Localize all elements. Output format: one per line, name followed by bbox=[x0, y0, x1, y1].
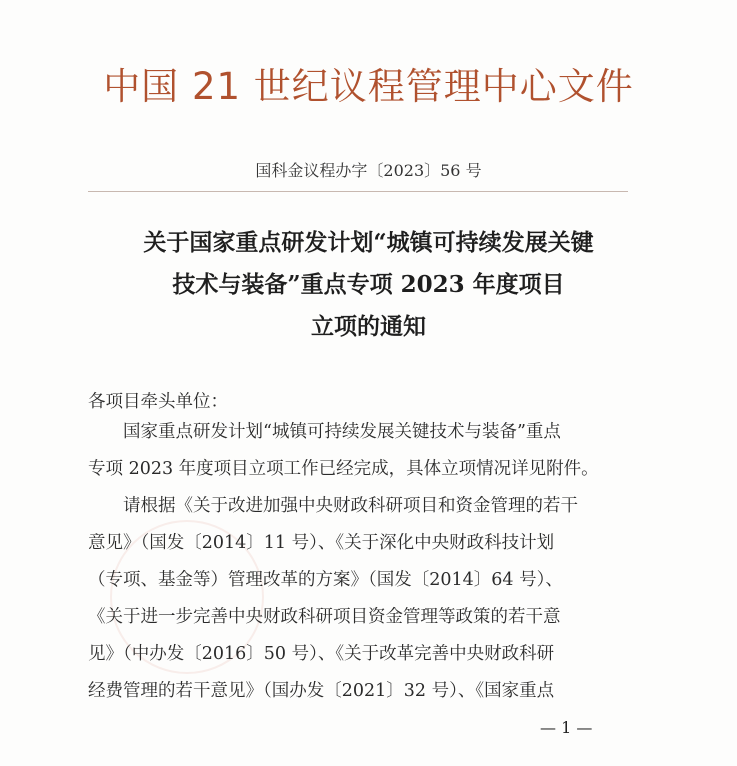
body-line-5: （专项、基金等）管理改革的方案》（国发〔2014〕64 号）、 bbox=[88, 566, 563, 591]
body-line-2: 专项 2023 年度项目立项工作已经完成，具体立项情况详见附件。 bbox=[88, 455, 599, 480]
body-line-6: 《关于进一步完善中央财政科研项目资金管理等政策的若干意 bbox=[88, 603, 561, 628]
header-divider bbox=[88, 191, 628, 192]
salutation: 各项目牵头单位： bbox=[88, 384, 628, 420]
document-number: 国科金议程办字〔2023〕56 号 bbox=[0, 158, 737, 181]
notice-title: 关于国家重点研发计划“城镇可持续发展关键 技术与装备”重点专项 2023 年度项… bbox=[0, 222, 737, 348]
body-line-7: 见》（中办发〔2016〕50 号）、《关于改革完善中央财政科研 bbox=[88, 640, 554, 665]
notice-title-line-3: 立项的通知 bbox=[0, 306, 737, 348]
body-line-4: 意见》（国发〔2014〕11 号）、《关于深化中央财政科技计划 bbox=[88, 529, 554, 554]
body-line-3: 请根据《关于改进加强中央财政科研项目和资金管理的若干 bbox=[88, 492, 578, 517]
notice-title-line-2: 技术与装备”重点专项 2023 年度项目 bbox=[0, 264, 737, 306]
body-line-8: 经费管理的若干意见》（国办发〔2021〕32 号）、《国家重点 bbox=[88, 677, 554, 702]
document-page: 中国 21 世纪议程管理中心文件 国科金议程办字〔2023〕56 号 关于国家重… bbox=[0, 0, 737, 766]
body-line-1: 国家重点研发计划“城镇可持续发展关键技术与装备”重点 bbox=[88, 418, 561, 443]
page-number: — 1 — bbox=[540, 718, 592, 737]
red-header-title: 中国 21 世纪议程管理中心文件 bbox=[0, 56, 737, 110]
notice-title-line-1: 关于国家重点研发计划“城镇可持续发展关键 bbox=[0, 222, 737, 264]
